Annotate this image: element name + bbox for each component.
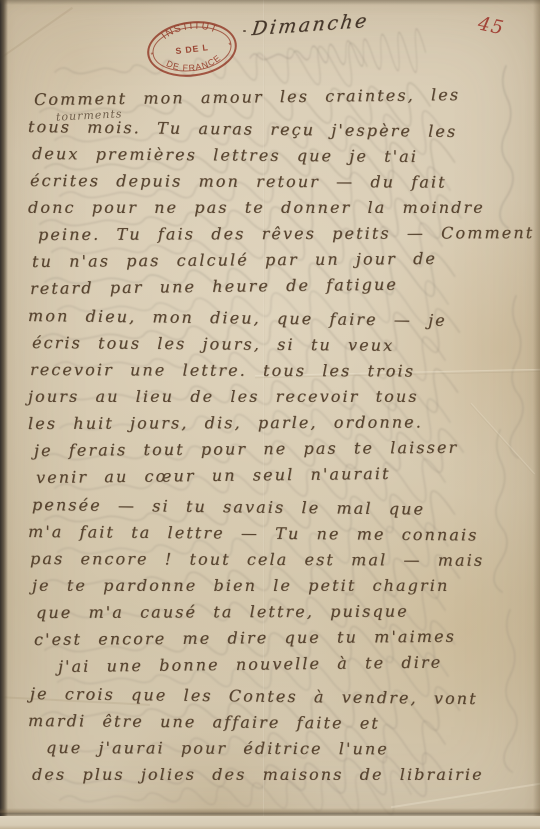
handwritten-line: recevoir une lettre. tous les trois [30,356,530,385]
handwritten-line: donc pour ne pas te donner la moindre [28,194,530,221]
handwritten-line: que j'aurai pour éditrice l'une [46,734,530,763]
handwritten-line: venir au cœur un seul n'aurait [36,458,530,491]
handwritten-line: Comment mon amour les craintes, les [34,80,530,113]
handwritten-line: retard par une heure de fatigue [30,269,530,302]
letter-scan: INSTITUT S DE L DE FRANCE * * Dimanche 4… [0,0,540,829]
handwritten-line: je te pardonne bien le petit chagrin [32,572,530,599]
stamp-top-text: INSTITUT [159,17,221,42]
stamp-bottom-text: DE FRANCE [164,52,224,76]
handwritten-line: peine. Tu fais des rêves petits — Commen… [38,219,530,248]
handwritten-line: jours au lieu de les recevoir tous [28,383,530,410]
stamp-star-right: * [228,40,232,49]
ink-dot [243,30,246,32]
letter-body: Comment mon amour les craintes, lestous … [28,86,530,788]
institut-de-france-stamp: INSTITUT S DE L DE FRANCE * * [140,11,243,86]
stamp-star-left: * [150,50,154,59]
handwritten-line: des plus jolies des maisons de librairie [32,761,530,788]
handwritten-line: mardi être une affaire faite et [28,707,530,738]
paper-edge-top [0,0,540,5]
handwritten-line: j'ai une bonne nouvelle à te dire [58,648,530,680]
handwritten-line: deux premières lettres que je t'ai [32,140,530,171]
paper-edge-left [0,0,8,829]
handwritten-line: écris tous les jours, si tu veux [32,329,530,360]
paper-edge-right [533,0,540,829]
handwritten-line: écrites depuis mon retour — du fait [30,167,530,196]
bottom-sheet-edge [0,816,540,829]
handwritten-line: m'a fait ta lettre — Tu ne me connais [28,518,530,549]
stamp-center-text: S DE L [175,42,209,56]
handwritten-line: les huit jours, dis, parle, ordonne. [28,408,530,437]
handwritten-line: pas encore ! tout cela est mal — mais [30,545,530,574]
handwritten-line: que m'a causé ta lettre, puisque [36,597,530,626]
